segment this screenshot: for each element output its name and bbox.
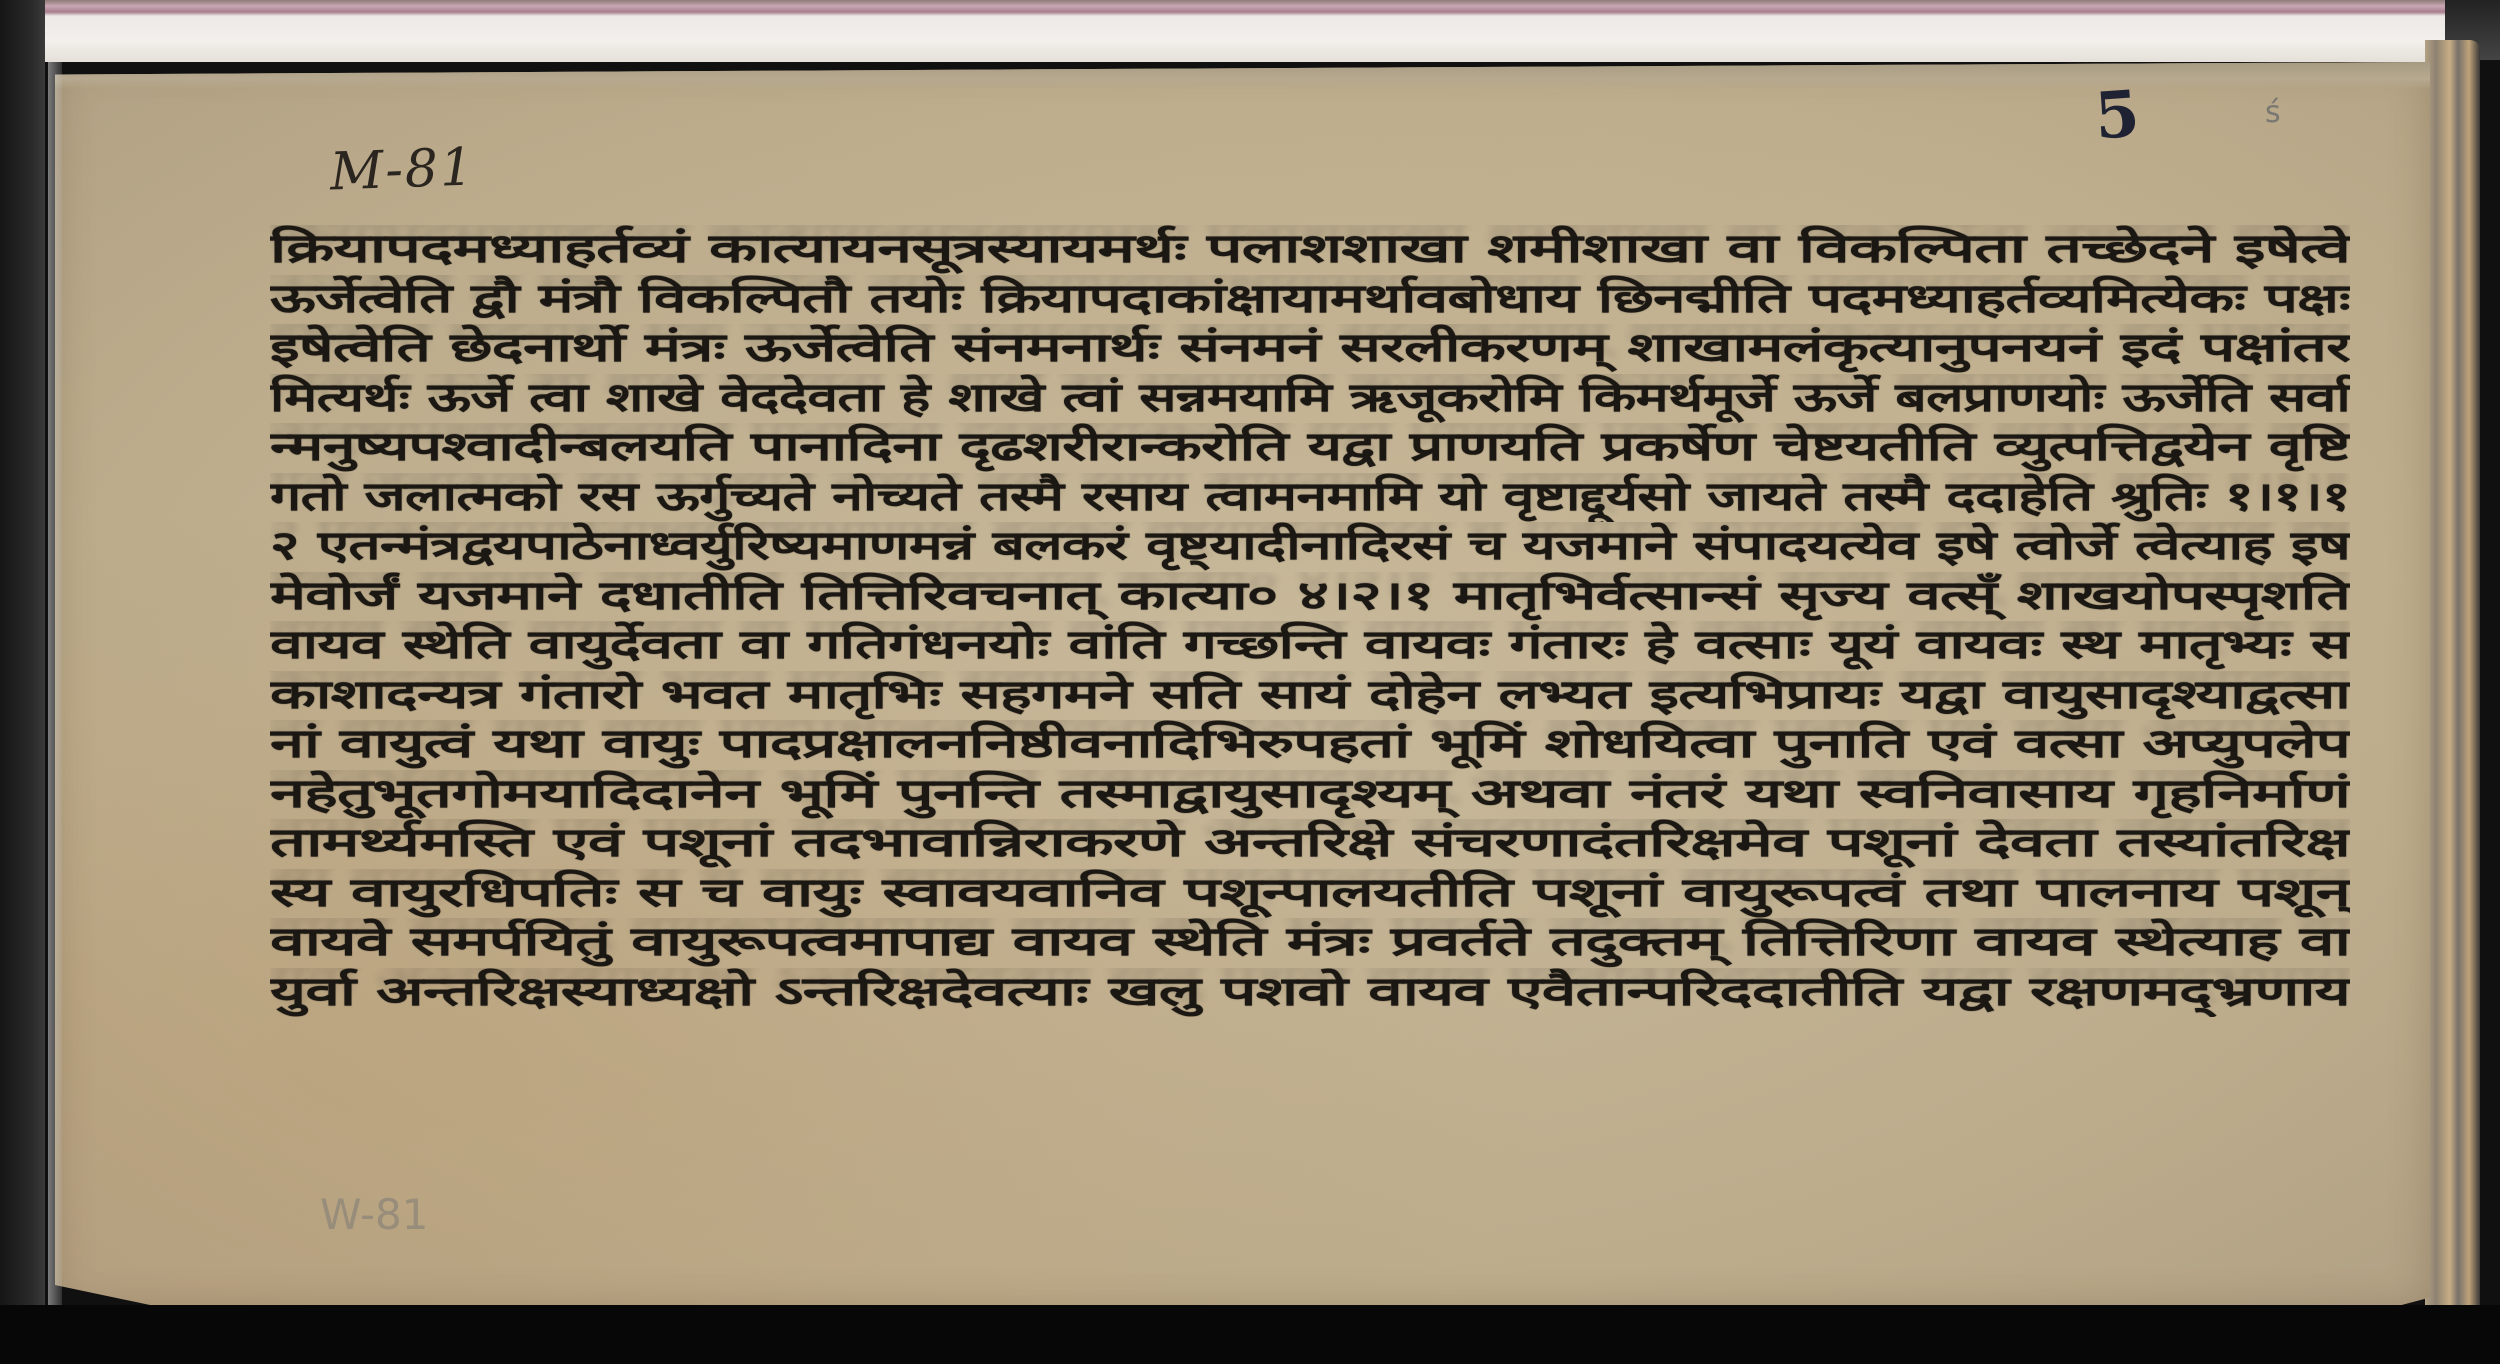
text-line: नां वायुत्वं यथा वायुः पादप्रक्षालननिष्ठ…: [270, 720, 2350, 770]
shelfmark-label: M-81: [329, 137, 476, 202]
stacked-leaf-edges: [2425, 40, 2480, 1320]
text-line: मेवोर्जं यजमाने दधातीति तित्तिरिवचनात् क…: [270, 572, 2350, 622]
text-line: २ एतन्मंत्रद्वयपाठेनाध्वर्युरिष्यमाणमन्न…: [270, 522, 2350, 572]
text-line: नहेतुभूतगोमयादिदानेन भूमिं पुनन्ति तस्मा…: [270, 770, 2350, 820]
manuscript-text-block: क्रियापदमध्याहर्तव्यं कात्यायनसूत्रस्याय…: [270, 225, 2350, 1017]
scan-background-left: [0, 0, 45, 1364]
scan-background-bottom: [0, 1305, 2500, 1364]
text-line: न्मनुष्यपश्वादीन्बलयति पानादिना दृढशरीरा…: [270, 423, 2350, 473]
text-line: इषेत्वेति छेदनार्थो मंत्रः ऊर्जेत्वेति स…: [270, 324, 2350, 374]
margin-pencil-mark: ś: [2265, 95, 2281, 130]
text-line: गतो जलात्मको रस ऊर्गुच्यते नोच्यते तस्मै…: [270, 473, 2350, 523]
text-line: मित्यर्थः ऊर्जे त्वा शाखे वेददेवता हे शा…: [270, 374, 2350, 424]
text-line: क्रियापदमध्याहर्तव्यं कात्यायनसूत्रस्याय…: [270, 225, 2350, 275]
text-line: काशादन्यत्र गंतारो भवत मातृभिः सहगमने सत…: [270, 671, 2350, 721]
text-line: युर्वा अन्तरिक्षस्याध्यक्षो ऽन्तरिक्षदेव…: [270, 968, 2350, 1018]
protective-sleeve-top: [45, 0, 2445, 62]
text-line: स्य वायुरधिपतिः स च वायुः स्वावयवानिव पश…: [270, 869, 2350, 919]
text-line: वायवे समर्पयितुं वायुरूपत्वमापाद्य वायव …: [270, 918, 2350, 968]
text-line: तामर्थ्यमस्ति एवं पशूनां तदभावान्निराकरण…: [270, 819, 2350, 869]
text-line: वायव स्थेति वायुर्देवता वा गतिगंधनयोः वा…: [270, 621, 2350, 671]
manuscript-scan: M-81 5 ś W-81 क्रियापदमध्याहर्तव्यं कात्…: [0, 0, 2500, 1364]
text-line: ऊर्जेत्वेति द्वौ मंत्रौ विकल्पितौ तयोः क…: [270, 275, 2350, 325]
protective-sleeve-left: [48, 62, 62, 1312]
leaf-top-band: [55, 62, 2430, 90]
faint-catalog-mark: W-81: [320, 1190, 428, 1239]
folio-number: 5: [2092, 77, 2142, 155]
